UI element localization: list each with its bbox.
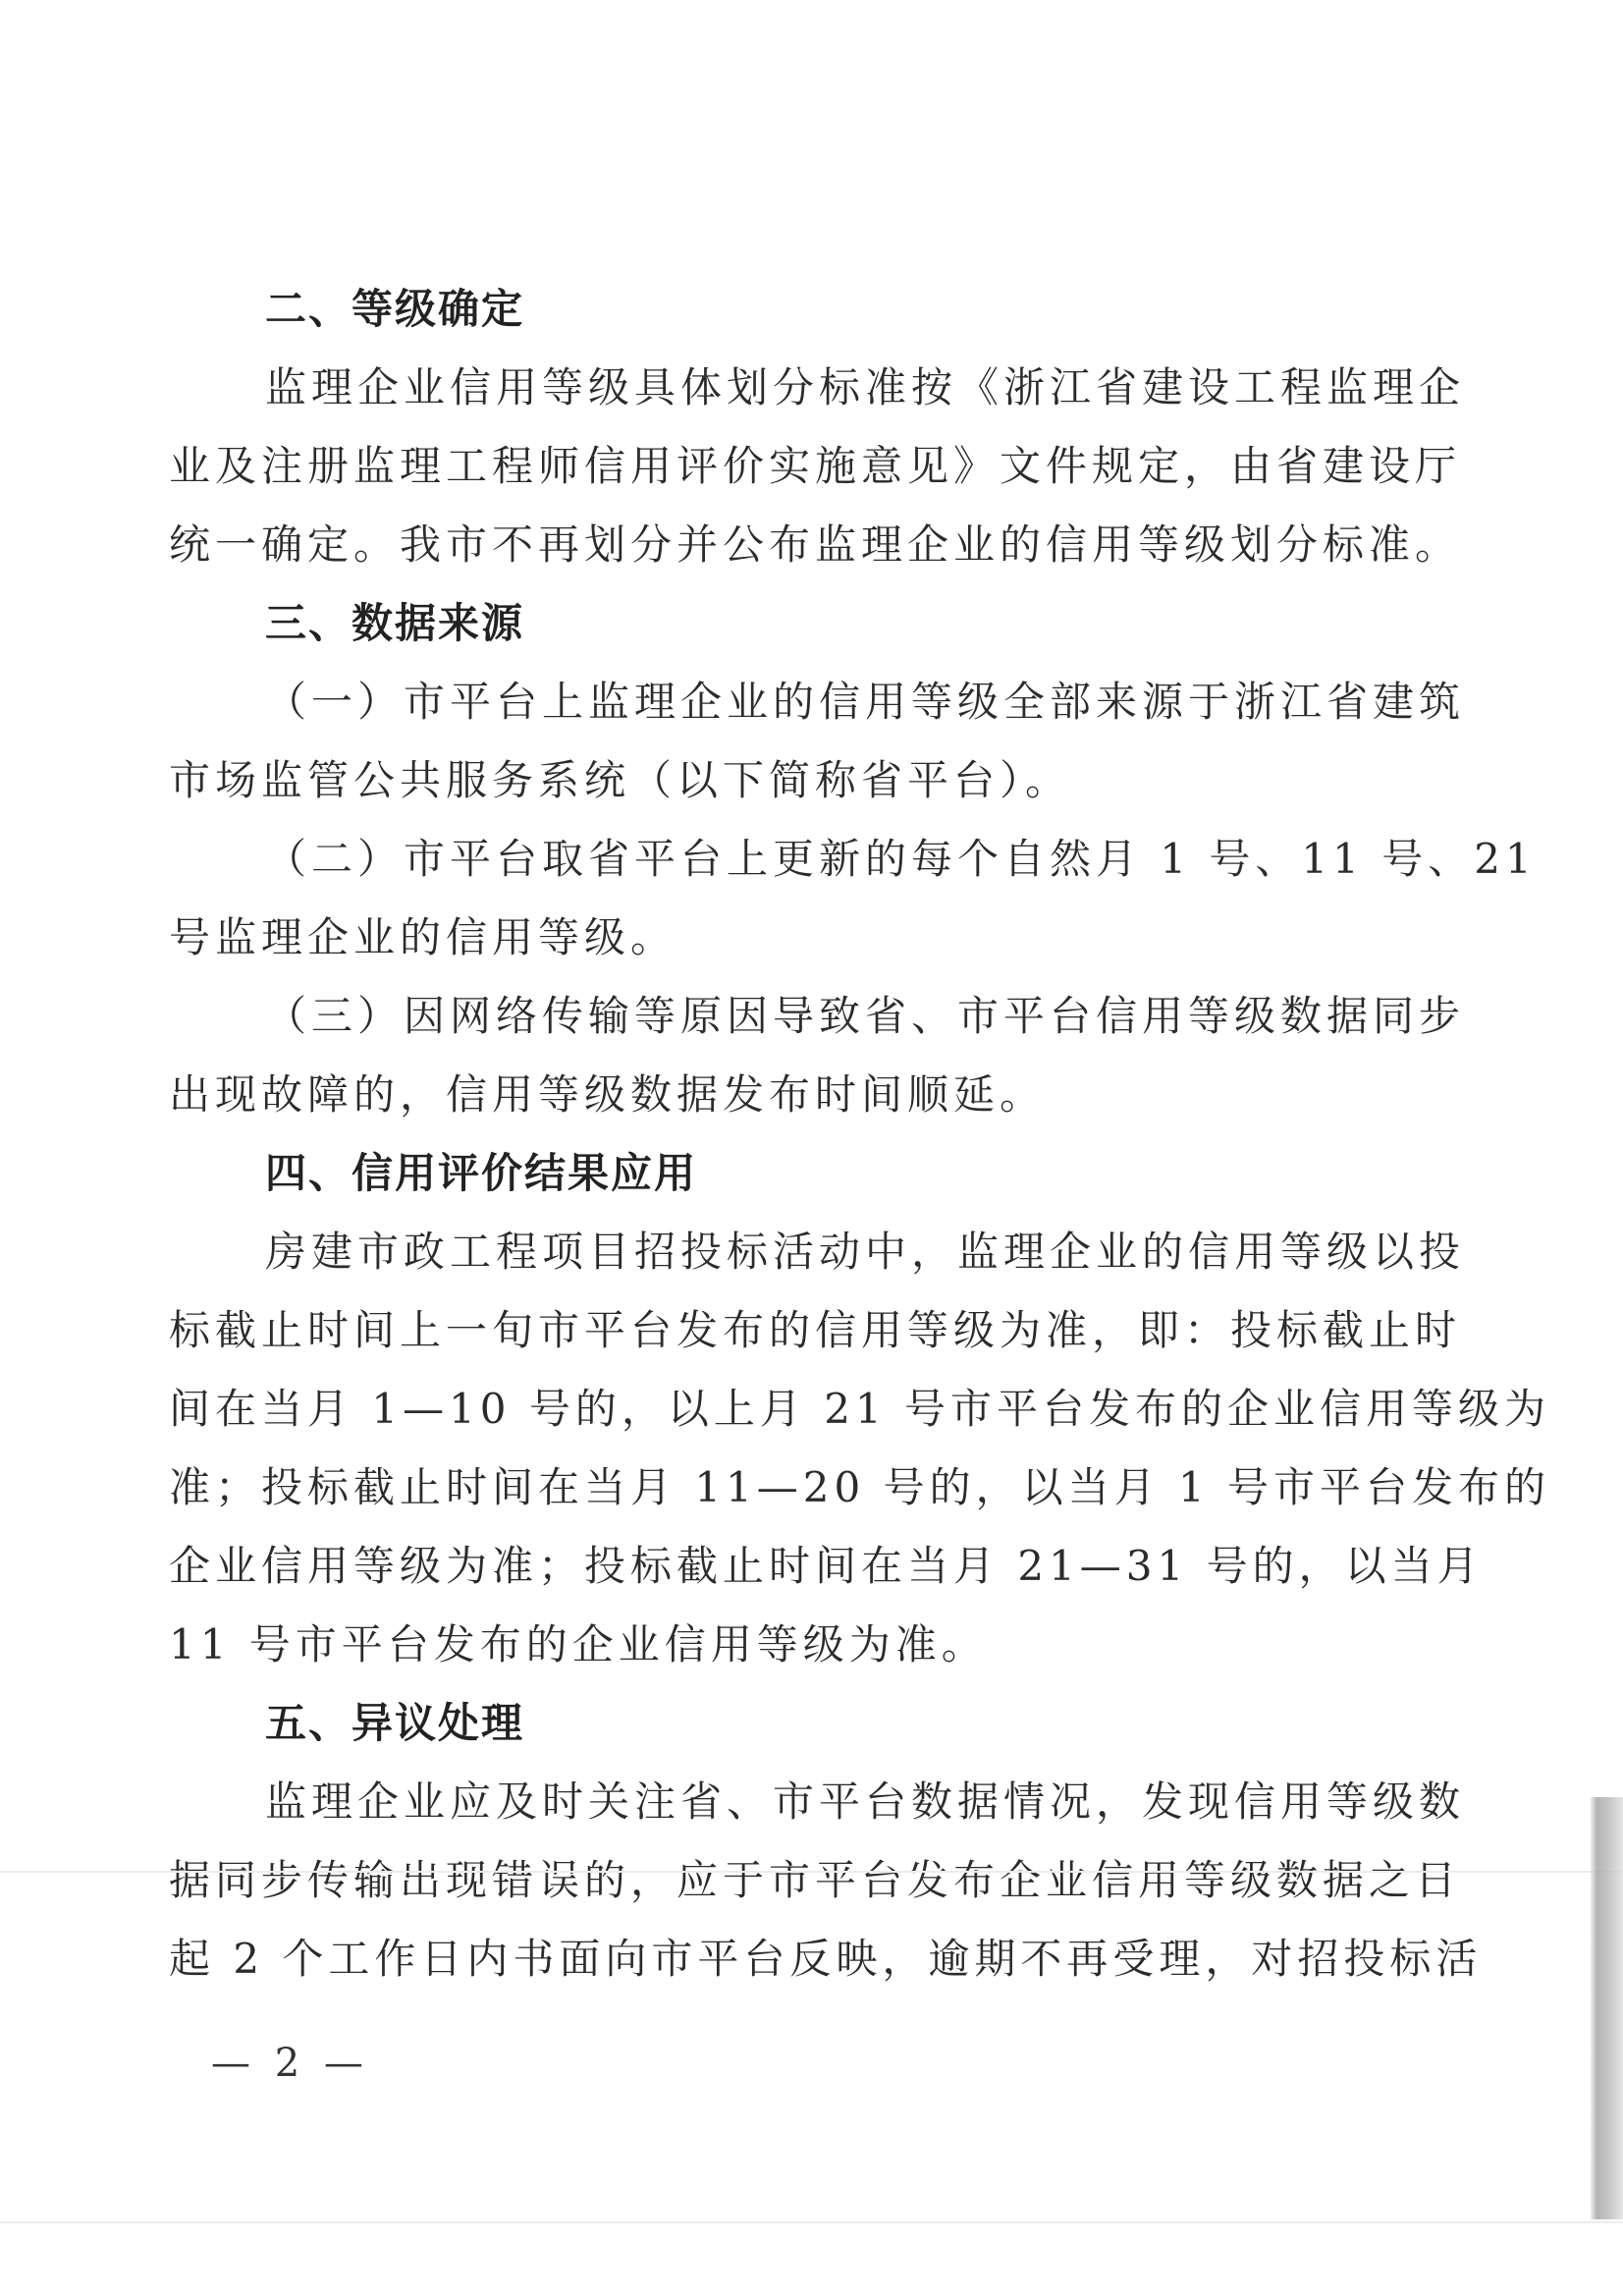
- paragraph-line: 据同步传输出现错误的，应于市平台发布企业信用等级数据之日: [169, 1851, 1391, 1910]
- paragraph-line: 准；投标截止时间在当月 11—20 号的，以当月 1 号市平台发布的: [169, 1458, 1391, 1517]
- section-heading-data-source: 三、数据来源: [265, 594, 524, 653]
- scan-artifact-line: [0, 2221, 1623, 2223]
- paragraph-line: 监理企业应及时关注省、市平台数据情况，发现信用等级数: [265, 1773, 1391, 1831]
- paragraph-line: 起 2 个工作日内书面向市平台反映，逾期不再受理，对招投标活: [169, 1930, 1391, 1989]
- paragraph-line: 统一确定。我市不再划分并公布监理企业的信用等级划分标准。: [169, 516, 1461, 574]
- paragraph-line: 房建市政工程项目招投标活动中，监理企业的信用等级以投: [265, 1223, 1391, 1282]
- section-heading-objection-handling: 五、异议处理: [265, 1694, 524, 1753]
- paragraph-line: 市场监管公共服务系统（以下简称省平台）。: [169, 751, 1071, 810]
- paragraph-line: 出现故障的，信用等级数据发布时间顺延。: [169, 1066, 1046, 1124]
- section-heading-grade-determination: 二、等级确定: [265, 280, 524, 339]
- paragraph-line: 业及注册监理工程师信用评价实施意见》文件规定，由省建设厅: [169, 437, 1391, 496]
- paragraph-line: 号监理企业的信用等级。: [169, 908, 676, 967]
- document-page: 二、等级确定 监理企业信用等级具体划分标准按《浙江省建设工程监理企 业及注册监理…: [0, 0, 1623, 2296]
- paragraph-line: （三）因网络传输等原因导致省、市平台信用等级数据同步: [265, 987, 1391, 1046]
- page-number: — 2 —: [211, 2041, 369, 2086]
- scan-edge-shadow: [1591, 1797, 1623, 2219]
- paragraph-line: 间在当月 1—10 号的，以上月 21 号市平台发布的企业信用等级为: [169, 1380, 1391, 1439]
- paragraph-line: 11 号市平台发布的企业信用等级为准。: [169, 1615, 988, 1674]
- scan-artifact-line: [0, 1871, 1623, 1873]
- paragraph-line: 标截止时间上一旬市平台发布的信用等级为准，即：投标截止时: [169, 1301, 1391, 1360]
- paragraph-line: （一）市平台上监理企业的信用等级全部来源于浙江省建筑: [265, 673, 1391, 732]
- paragraph-line: 监理企业信用等级具体划分标准按《浙江省建设工程监理企: [265, 358, 1391, 417]
- paragraph-line: 企业信用等级为准；投标截止时间在当月 21—31 号的，以当月: [169, 1537, 1391, 1596]
- paragraph-line: （二）市平台取省平台上更新的每个自然月 1 号、11 号、21: [265, 830, 1391, 889]
- section-heading-credit-application: 四、信用评价结果应用: [265, 1144, 697, 1203]
